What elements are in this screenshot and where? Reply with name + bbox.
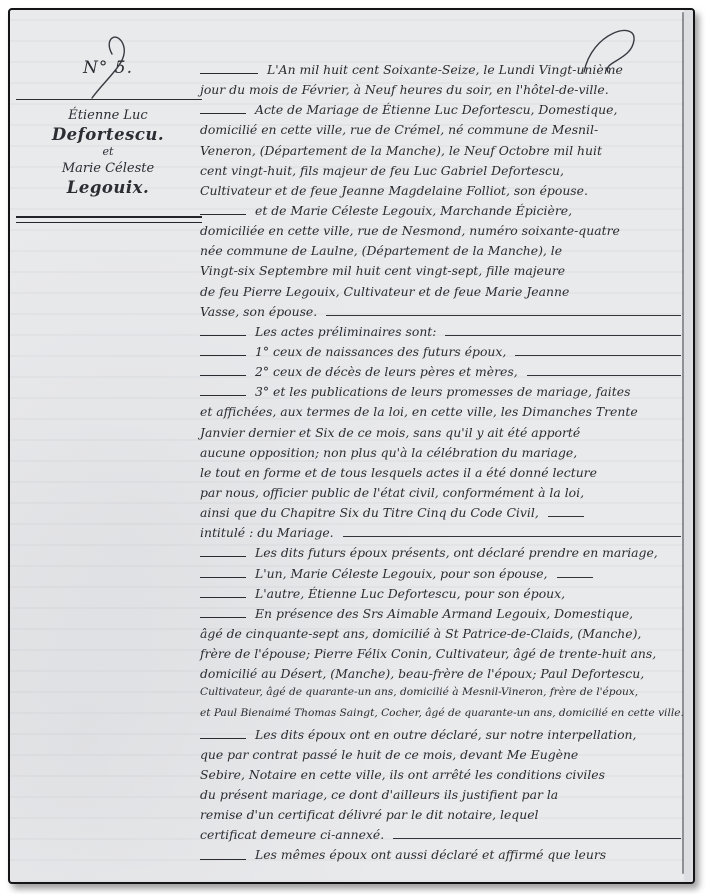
line-text: L'An mil huit cent Soixante-Seize, le Lu… xyxy=(267,62,623,77)
filler-rule xyxy=(393,838,681,839)
line-text: remise d'un certificat délivré par le di… xyxy=(200,807,539,822)
line-text: domiciliée en cette ville, rue de Nesmon… xyxy=(200,223,620,238)
line-text: Cultivateur, âgé de quarante-un ans, dom… xyxy=(200,686,638,698)
line-text: Vasse, son épouse. xyxy=(200,304,317,319)
filler-rule xyxy=(326,315,681,316)
paragraph-dash xyxy=(200,355,246,356)
line-text: du présent mariage, ce dont d'ailleurs i… xyxy=(200,787,558,802)
line-text: domicilié en cette ville, rue de Crémel,… xyxy=(200,122,598,137)
line-text: Cultivateur et de feue Jeanne Magdelaine… xyxy=(200,183,588,198)
line-text: et Paul Bienaimé Thomas Saingt, Cocher, … xyxy=(200,707,684,719)
margin-names: Étienne LucDefortescu.etMarie CélesteLeg… xyxy=(14,106,202,197)
text-line: 3° et les publications de leurs promesse… xyxy=(200,384,681,404)
margin-name-line: Marie Céleste xyxy=(14,159,202,178)
line-text: En présence des Srs Aimable Armand Legou… xyxy=(255,606,633,621)
line-text: le tout en forme et de tous lesquels act… xyxy=(200,465,597,480)
line-text: par nous, officier public de l'état civi… xyxy=(200,485,584,500)
paragraph-dash xyxy=(200,113,246,114)
line-text: et de Marie Céleste Legouix, Marchande É… xyxy=(255,203,572,218)
margin-name-line: Defortescu. xyxy=(14,125,202,144)
text-line: En présence des Srs Aimable Armand Legou… xyxy=(200,606,681,626)
text-column: L'An mil huit cent Soixante-Seize, le Lu… xyxy=(200,62,681,868)
line-text: aucune opposition; non plus qu'à la célé… xyxy=(200,445,577,460)
paragraph-dash xyxy=(200,375,246,376)
filler-rule xyxy=(445,335,681,336)
text-line: le tout en forme et de tous lesquels act… xyxy=(200,465,681,485)
line-text: intitulé : du Mariage. xyxy=(200,525,334,540)
paragraph-dash xyxy=(200,597,246,598)
line-text: Les mêmes époux ont aussi déclaré et aff… xyxy=(255,847,606,862)
text-line: jour du mois de Février, à Neuf heures d… xyxy=(200,82,681,102)
line-text: âgé de cinquante-sept ans, domicilié à S… xyxy=(200,626,641,641)
text-line: L'An mil huit cent Soixante-Seize, le Lu… xyxy=(200,62,681,82)
filler-rule xyxy=(527,375,681,376)
text-line: certificat demeure ci-annexé. xyxy=(200,827,681,847)
paragraph-dash xyxy=(200,73,258,74)
text-line: L'autre, Étienne Luc Defortescu, pour so… xyxy=(200,586,681,606)
line-text: L'autre, Étienne Luc Defortescu, pour so… xyxy=(255,586,565,601)
line-text: 2° ceux de décès de leurs pères et mères… xyxy=(255,364,518,379)
paragraph-dash xyxy=(200,577,246,578)
text-line: Les actes préliminaires sont: xyxy=(200,324,681,344)
line-text: Veneron, (Département de la Manche), le … xyxy=(200,143,602,158)
line-text: Les dits époux ont en outre déclaré, sur… xyxy=(255,727,636,742)
text-line: et Paul Bienaimé Thomas Saingt, Cocher, … xyxy=(200,707,681,727)
line-text: domicilié au Désert, (Manche), beau-frèr… xyxy=(200,666,644,681)
text-line: par nous, officier public de l'état civi… xyxy=(200,485,681,505)
paragraph-dash xyxy=(200,738,246,739)
text-line: Cultivateur, âgé de quarante-un ans, dom… xyxy=(200,686,681,706)
text-line: L'un, Marie Céleste Legouix, pour son ép… xyxy=(200,566,681,586)
text-line: Sebire, Notaire en cette ville, ils ont … xyxy=(200,767,681,787)
margin-name-line: Étienne Luc xyxy=(14,106,202,125)
text-line: remise d'un certificat délivré par le di… xyxy=(200,807,681,827)
text-line: Acte de Mariage de Étienne Luc Defortesc… xyxy=(200,102,681,122)
line-text: Acte de Mariage de Étienne Luc Defortesc… xyxy=(255,102,617,117)
text-line: Les dits futurs époux présents, ont décl… xyxy=(200,545,681,565)
line-text: Les actes préliminaires sont: xyxy=(255,324,436,339)
line-text: de feu Pierre Legouix, Cultivateur et de… xyxy=(200,284,569,299)
text-line: domicilié en cette ville, rue de Crémel,… xyxy=(200,122,681,142)
text-line: Janvier dernier et Six de ce mois, sans … xyxy=(200,425,681,445)
text-line: et de Marie Céleste Legouix, Marchande É… xyxy=(200,203,681,223)
text-line: 2° ceux de décès de leurs pères et mères… xyxy=(200,364,681,384)
line-text: née commune de Laulne, (Département de l… xyxy=(200,243,562,258)
text-line: Les dits époux ont en outre déclaré, sur… xyxy=(200,727,681,747)
line-text: certificat demeure ci-annexé. xyxy=(200,827,384,842)
line-text: que par contrat passé le huit de ce mois… xyxy=(200,747,578,762)
paragraph-dash xyxy=(200,556,246,557)
page-edge-line xyxy=(682,12,684,874)
text-line: domicilié au Désert, (Manche), beau-frèr… xyxy=(200,666,681,686)
margin-name-line: et xyxy=(14,144,202,159)
text-line: intitulé : du Mariage. xyxy=(200,525,681,545)
line-text: frère de l'épouse; Pierre Félix Conin, C… xyxy=(200,646,656,661)
paragraph-dash xyxy=(200,395,246,396)
line-text: 3° et les publications de leurs promesse… xyxy=(255,384,630,399)
text-line: Vingt-six Septembre mil huit cent vingt-… xyxy=(200,263,681,283)
text-line: du présent mariage, ce dont d'ailleurs i… xyxy=(200,787,681,807)
margin-column: N° 5. Étienne LucDefortescu.etMarie Céle… xyxy=(14,10,202,882)
line-text: ainsi que du Chapitre Six du Titre Cinq … xyxy=(200,505,539,520)
text-line: née commune de Laulne, (Département de l… xyxy=(200,243,681,263)
text-line: aucune opposition; non plus qu'à la célé… xyxy=(200,445,681,465)
register-page-scan: N° 5. Étienne LucDefortescu.etMarie Céle… xyxy=(8,8,695,884)
page-edge-shade xyxy=(684,10,693,882)
filler-rule xyxy=(548,516,584,517)
margin-rule xyxy=(16,99,202,100)
act-number: N° 5. xyxy=(14,58,202,78)
line-text: et affichées, aux termes de la loi, en c… xyxy=(200,404,638,419)
filler-rule xyxy=(343,536,681,537)
line-text: jour du mois de Février, à Neuf heures d… xyxy=(200,82,609,97)
text-line: et affichées, aux termes de la loi, en c… xyxy=(200,404,681,424)
text-line: âgé de cinquante-sept ans, domicilié à S… xyxy=(200,626,681,646)
line-text: Sebire, Notaire en cette ville, ils ont … xyxy=(200,767,605,782)
line-text: L'un, Marie Céleste Legouix, pour son ép… xyxy=(255,566,548,581)
paragraph-dash xyxy=(200,859,246,860)
text-line: cent vingt-huit, fils majeur de feu Luc … xyxy=(200,163,681,183)
filler-rule xyxy=(557,577,593,578)
line-text: 1° ceux de naissances des futurs époux, xyxy=(255,344,506,359)
text-line: de feu Pierre Legouix, Cultivateur et de… xyxy=(200,284,681,304)
line-text: Les dits futurs époux présents, ont décl… xyxy=(255,545,658,560)
line-text: Janvier dernier et Six de ce mois, sans … xyxy=(200,425,580,440)
text-line: domiciliée en cette ville, rue de Nesmon… xyxy=(200,223,681,243)
paragraph-dash xyxy=(200,214,246,215)
line-text: cent vingt-huit, fils majeur de feu Luc … xyxy=(200,163,564,178)
text-line: Cultivateur et de feue Jeanne Magdelaine… xyxy=(200,183,681,203)
paragraph-dash xyxy=(200,617,246,618)
text-line: 1° ceux de naissances des futurs époux, xyxy=(200,344,681,364)
text-line: que par contrat passé le huit de ce mois… xyxy=(200,747,681,767)
margin-double-rule xyxy=(16,216,202,223)
text-line: Les mêmes époux ont aussi déclaré et aff… xyxy=(200,847,681,867)
text-line: frère de l'épouse; Pierre Félix Conin, C… xyxy=(200,646,681,666)
filler-rule xyxy=(515,355,681,356)
line-text: Vingt-six Septembre mil huit cent vingt-… xyxy=(200,263,565,278)
text-line: ainsi que du Chapitre Six du Titre Cinq … xyxy=(200,505,681,525)
margin-name-line: Legouix. xyxy=(14,178,202,197)
text-line: Veneron, (Département de la Manche), le … xyxy=(200,143,681,163)
text-line: Vasse, son épouse. xyxy=(200,304,681,324)
paragraph-dash xyxy=(200,335,246,336)
